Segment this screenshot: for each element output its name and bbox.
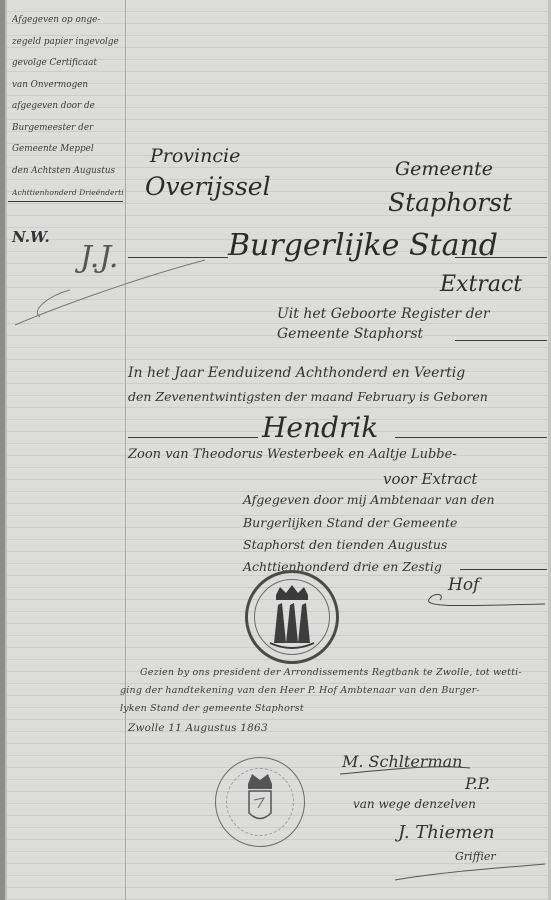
- document-page: Afgegeven op onge- zegeld papier ingevol…: [0, 0, 551, 900]
- issuance-rule: [460, 569, 547, 570]
- province-label: Provincie: [150, 145, 240, 167]
- title-rule-left: [128, 257, 228, 258]
- parents-line: Zoon van Theodorus Westerbeek en Aaltje …: [128, 447, 457, 462]
- margin-rule: [125, 0, 126, 900]
- body-line2: den Zevenentwintigsten der maand Februar…: [128, 389, 488, 404]
- margin-note-underline: [8, 201, 123, 202]
- margin-note-line: Gemeente Meppel: [12, 139, 124, 161]
- on-behalf-text: van wege denzelven: [353, 797, 476, 811]
- closing-text: voor Extract: [383, 470, 477, 488]
- margin-note-line: gevolge Certificaat: [12, 53, 124, 75]
- legalization-line2: ging der handtekening van den Heer P. Ho…: [120, 685, 480, 696]
- signature-clerk: J. Thiemen: [398, 822, 495, 843]
- legalization-line3: lyken Stand der gemeente Staphorst: [120, 703, 304, 714]
- legalization-place-date: Zwolle 11 Augustus 1863: [128, 722, 268, 734]
- initials-flourish-icon: [10, 255, 210, 330]
- margin-note-line: den Achtsten Augustus: [12, 161, 124, 183]
- extract-source-line2: Gemeente Staphorst: [277, 326, 423, 342]
- margin-note-line: Burgemeester der: [12, 118, 124, 140]
- signature-flourish-icon: [420, 588, 550, 610]
- margin-note: Afgegeven op onge- zegeld papier ingevol…: [12, 10, 124, 204]
- president-flourish-icon: [335, 762, 475, 780]
- reference-mark: N.W.: [12, 228, 50, 246]
- margin-note-line: van Onvermogen: [12, 75, 124, 97]
- body-line1: In het Jaar Eenduizend Achthonderd en Ve…: [128, 365, 465, 381]
- extract-label: Extract: [440, 272, 522, 297]
- municipality-label: Gemeente: [395, 158, 493, 180]
- issuance-line3: Staphorst den tienden Augustus: [243, 537, 447, 552]
- legalization-line1: Gezien by ons president der Arrondisseme…: [140, 667, 522, 678]
- municipality-value: Staphorst: [388, 188, 512, 217]
- court-seal: [215, 757, 305, 847]
- margin-note-line: afgegeven door de: [12, 96, 124, 118]
- municipal-seal: [245, 570, 339, 664]
- issuance-line2: Burgerlijken Stand der Gemeente: [243, 515, 457, 530]
- margin-note-line: Afgegeven op onge-: [12, 10, 124, 32]
- child-name: Hendrik: [262, 411, 378, 444]
- name-rule-left: [128, 437, 258, 438]
- extract-source-rule: [455, 340, 547, 341]
- page-edge-shadow: [5, 0, 7, 900]
- clerk-flourish-icon: [390, 862, 550, 884]
- province-value: Overijssel: [145, 172, 271, 201]
- margin-note-line: zegeld papier ingevolge: [12, 32, 124, 54]
- extract-source-line1: Uit het Geboorte Register der: [277, 306, 490, 322]
- issuance-line1: Afgegeven door mij Ambtenaar van den: [243, 492, 495, 507]
- title-rule-right: [455, 257, 547, 258]
- issuance-line4: Achttienhonderd drie en Zestig: [243, 559, 442, 574]
- sheaves-crown-icon: [248, 573, 336, 661]
- crown-shield-icon: [216, 758, 304, 846]
- name-rule-right: [395, 437, 547, 438]
